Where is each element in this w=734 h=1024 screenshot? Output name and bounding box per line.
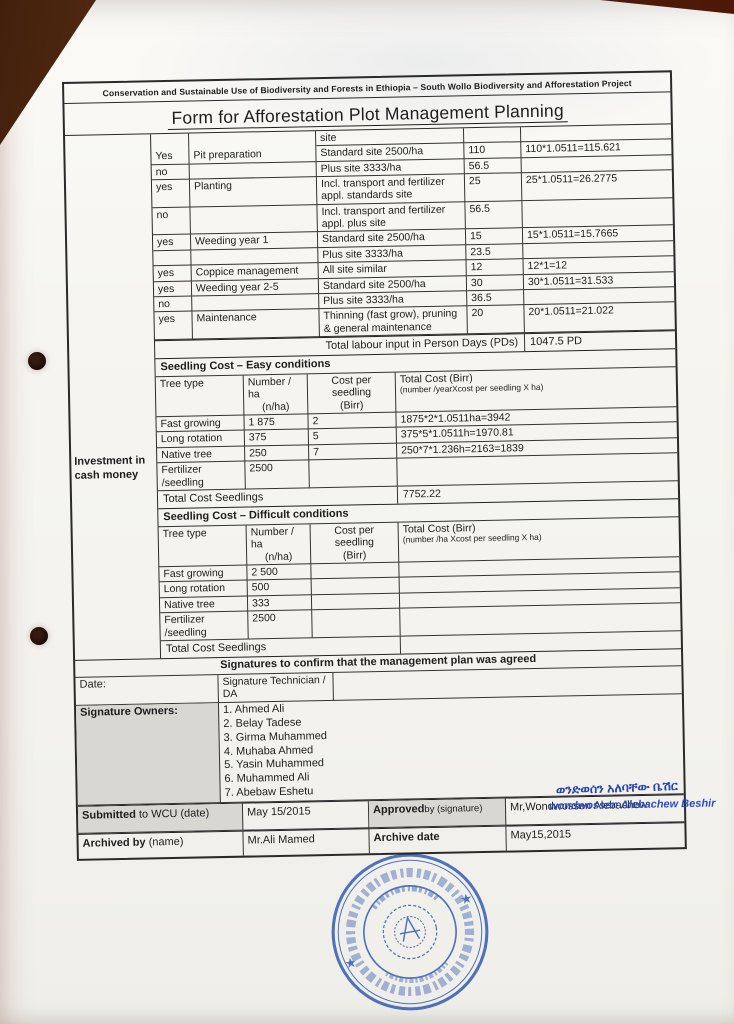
activity-cell: Maintenance (192, 309, 320, 339)
site-cell: Incl. transport and fertilizer appl. plu… (317, 202, 466, 233)
handwritten-latin-signature: wondwossen Alebachew Beshir (549, 798, 716, 813)
archived-by-value: Mr.Ali Mamed (243, 830, 369, 856)
tree-type-cell: Fertilizer /seedling (160, 612, 249, 641)
punch-hole-top (28, 352, 46, 370)
number-cell: 250 (245, 445, 309, 462)
archived-label: Archived by (name) (78, 832, 243, 859)
tree-type-cell: Long rotation (157, 431, 245, 448)
date-label: Date: (75, 675, 219, 705)
persondays-cell: 36.5 (467, 290, 524, 306)
investment-label: Investment in cash money (74, 454, 154, 483)
site-cell: Incl. transport and fertilizer appl. sta… (317, 174, 466, 205)
flag-cell: yes (154, 266, 192, 282)
tree-type-cell: Fast growing (156, 416, 244, 433)
activity-cell: Planting (190, 177, 318, 207)
number-header-line3: (n/ha) (251, 550, 306, 563)
archived-label-bold: Archived by (83, 837, 146, 850)
labour-table: site Yes Pit preparation Standard site 2… (151, 124, 675, 359)
total-header: Total Cost (Birr) (number /yearXcost per… (396, 367, 677, 412)
cost-header-line2: (Birr) (315, 548, 394, 562)
flag-cell: yes (154, 281, 192, 297)
cost-header-line1: Cost per seedling (312, 374, 391, 400)
number-cell: 375 (245, 430, 309, 447)
submitted-label-bold: Submitted (82, 809, 136, 822)
seedling-easy-table: Seedling Cost – Easy conditions Tree typ… (155, 349, 678, 508)
flag-cell: yes (154, 312, 193, 340)
tree-type-header: Tree type (156, 376, 245, 418)
paper-sheet: Conservation and Sustainable Use of Biod… (0, 0, 734, 1024)
cost-cell (312, 593, 400, 610)
cost-cell: 5 (309, 428, 397, 445)
persondays-cell (464, 127, 521, 143)
flag-cell (151, 133, 189, 149)
calc-cell: 25*1.0511=26.2775 (522, 170, 673, 201)
stamp-star-right: ★ (459, 890, 473, 907)
cost-header: Cost per seedling (Birr) (311, 523, 400, 565)
archived-label-rest: (name) (145, 836, 183, 849)
flag-cell: no (154, 296, 192, 312)
approved-label: Approvedby (signature) (369, 799, 506, 829)
left-label-column: Investment in cash money (65, 134, 161, 660)
tree-type-cell: Fertilizer /seedling (157, 462, 246, 491)
punch-hole-bottom (30, 627, 48, 645)
submitted-date-value: May 15/2015 (243, 802, 369, 831)
flag-cell: no (152, 164, 190, 180)
site-cell: Thinning (fast grow), pruning & general … (319, 307, 468, 338)
number-cell: 2500 (245, 461, 310, 490)
persondays-cell: 56.5 (465, 158, 522, 174)
submitted-label: Submitted to WCU (date) (78, 804, 243, 834)
cost-cell (312, 609, 401, 638)
flag-cell: Yes (151, 149, 189, 165)
number-header: Number / ha (n/ha) (247, 524, 312, 565)
number-header-line2: ha (251, 538, 306, 551)
number-header-line1: Number / (251, 525, 306, 538)
cost-cell (309, 459, 398, 488)
calc-cell (522, 198, 673, 229)
form-body: Investment in cash money site Yes Pit pr… (65, 124, 681, 660)
cost-cell: 2 (308, 413, 396, 430)
flag-cell: yes (152, 179, 191, 207)
flag-cell (153, 250, 191, 266)
technician-label: Signature Technician / DA (218, 673, 334, 703)
persondays-cell: 12 (466, 259, 523, 275)
tables-column: site Yes Pit preparation Standard site 2… (151, 124, 681, 658)
tree-type-cell: Fast growing (159, 566, 247, 583)
number-header-line3: (n/ha) (248, 400, 303, 413)
calc-cell: 20*1.0511=21.022 (524, 303, 675, 334)
number-header-line2: ha (248, 388, 303, 401)
cost-header-line1: Cost per seedling (315, 524, 394, 550)
cost-header-line2: (Birr) (312, 398, 391, 412)
approved-label-bold: Approved (373, 804, 425, 817)
number-cell: 2500 (248, 610, 313, 639)
approved-label-rest: by (signature) (424, 803, 482, 815)
number-cell: 2 500 (247, 564, 311, 581)
number-cell: 1 875 (244, 414, 308, 431)
cost-cell: 7 (309, 443, 397, 460)
cost-header: Cost per seedling (Birr) (308, 373, 397, 415)
archive-date-value: May15,2015 (506, 824, 684, 851)
total-header: Total Cost (Birr) (number /ha Xcost per … (399, 517, 680, 562)
number-header: Number / ha (n/ha) (244, 374, 309, 415)
cost-cell (312, 578, 400, 595)
flag-cell: no (152, 207, 191, 235)
labour-total-value: 1047.5 PD (525, 331, 675, 351)
number-header-line1: Number / (248, 375, 303, 388)
seedling-difficult-table: Seedling Cost – Difficult conditions Tre… (158, 498, 681, 658)
form-title: Form for Afforestation Plot Management P… (167, 100, 568, 130)
persondays-cell: 25 (465, 173, 523, 202)
tree-type-cell: Native tree (160, 596, 248, 613)
persondays-cell: 30 (467, 275, 524, 291)
flag-cell: yes (153, 235, 191, 251)
tree-type-cell: Long rotation (160, 581, 248, 598)
tree-type-header: Tree type (159, 525, 248, 567)
persondays-cell: 23.5 (466, 244, 523, 260)
owners-label: Signature Owners: (76, 703, 221, 807)
tree-type-cell: Native tree (157, 446, 245, 463)
activity-cell (190, 205, 318, 235)
submitted-label-rest: to WCU (date) (136, 808, 210, 821)
stamp-star-left: ★ (344, 954, 358, 971)
number-cell: 333 (248, 595, 312, 612)
persondays-cell: 110 (464, 142, 521, 158)
persondays-cell: 15 (466, 229, 523, 245)
persondays-cell: 56.5 (465, 201, 523, 230)
official-stamp: ★ ★ (315, 837, 505, 1024)
persondays-cell: 20 (467, 305, 525, 334)
number-cell: 500 (248, 580, 312, 597)
form-container: Conservation and Sustainable Use of Biod… (62, 70, 687, 861)
cost-cell (311, 563, 399, 580)
